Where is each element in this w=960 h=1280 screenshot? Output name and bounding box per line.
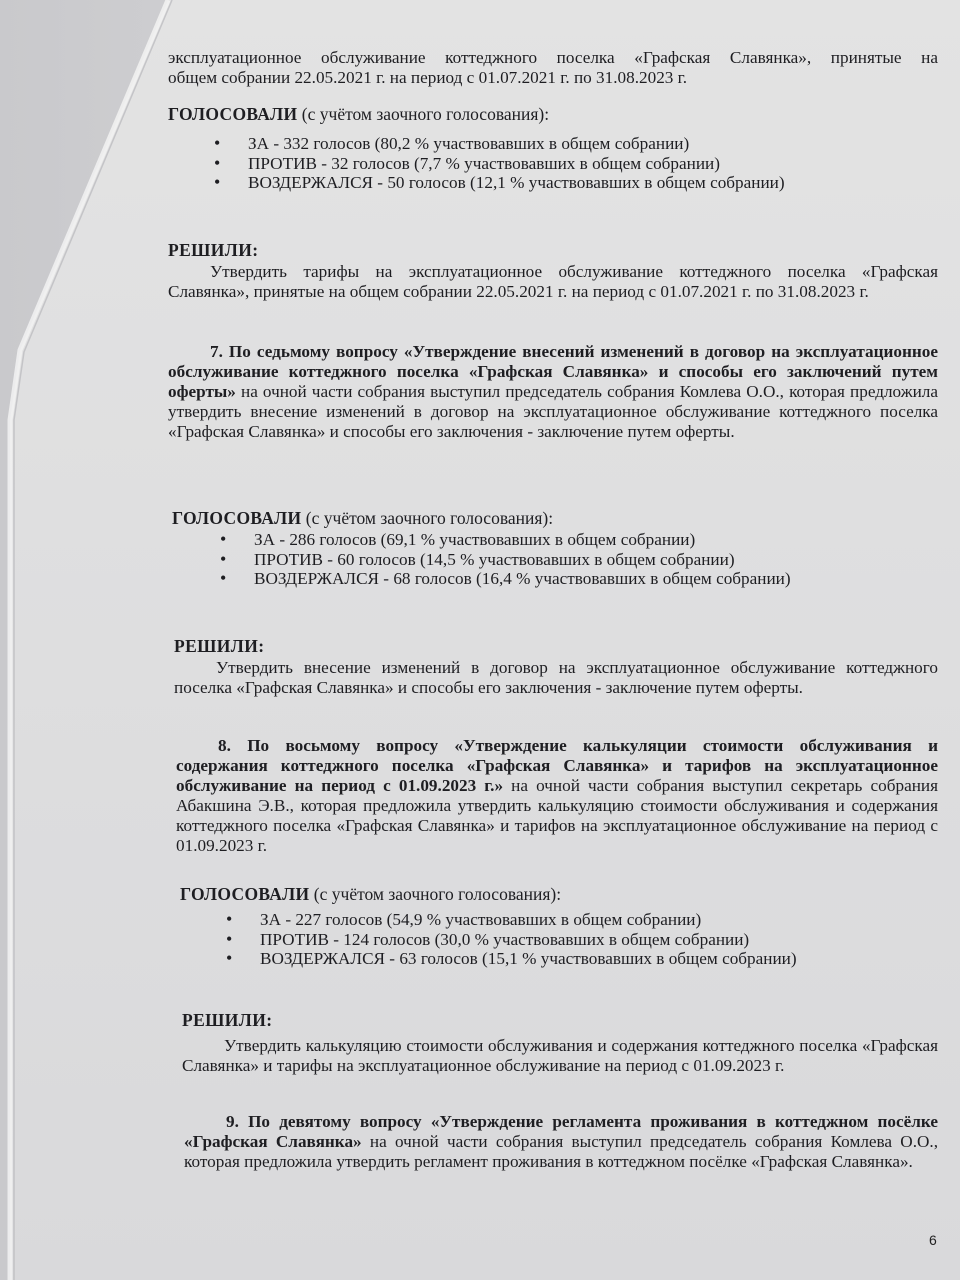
votes-heading-label: ГОЛОСОВАЛИ (172, 508, 301, 528)
decision-heading-q8: РЕШИЛИ: (182, 1010, 272, 1031)
question-7: 7. По седьмому вопросу «Утверждение внес… (168, 342, 938, 442)
vote-against: ПРОТИВ - 124 голосов (30,0 % участвовавш… (226, 930, 797, 950)
votes-heading-q6: ГОЛОСОВАЛИ (с учётом заочного голосовани… (168, 104, 549, 124)
intro-line-2: общем собрании 22.05.2021 г. на период с… (168, 68, 938, 88)
decision-text-q8: Утвердить калькуляцию стоимости обслужив… (182, 1036, 938, 1076)
vote-abstain: ВОЗДЕРЖАЛСЯ - 68 голосов (16,4 % участво… (220, 569, 791, 589)
vote-abstain: ВОЗДЕРЖАЛСЯ - 63 голосов (15,1 % участво… (226, 949, 797, 969)
vote-abstain: ВОЗДЕРЖАЛСЯ - 50 голосов (12,1 % участво… (214, 173, 785, 193)
question-9: 9. По девятому вопросу «Утверждение регл… (184, 1112, 938, 1172)
vote-against: ПРОТИВ - 60 голосов (14,5 % участвовавши… (220, 550, 791, 570)
page-number: 6 (929, 1232, 937, 1248)
question-8: 8. По восьмому вопросу «Утверждение каль… (176, 736, 938, 856)
vote-for: ЗА - 286 голосов (69,1 % участвовавших в… (220, 530, 791, 550)
decision-heading-q6: РЕШИЛИ: (168, 240, 258, 261)
intro-line-1: эксплуатационное обслуживание коттеджног… (168, 48, 938, 68)
decision-heading-q7: РЕШИЛИ: (174, 636, 264, 657)
votes-heading-q7: ГОЛОСОВАЛИ (с учётом заочного голосовани… (172, 508, 553, 528)
votes-heading-label: ГОЛОСОВАЛИ (180, 884, 309, 904)
votes-heading-note: (с учётом заочного голосования): (297, 104, 549, 124)
vote-list-q6: ЗА - 332 голосов (80,2 % участвовавших в… (214, 134, 785, 193)
votes-heading-note: (с учётом заочного голосования): (301, 508, 553, 528)
vote-list-q8: ЗА - 227 голосов (54,9 % участвовавших в… (226, 910, 797, 969)
decision-text-q7: Утвердить внесение изменений в договор н… (174, 658, 938, 698)
vote-for: ЗА - 332 голосов (80,2 % участвовавших в… (214, 134, 785, 154)
page-content: эксплуатационное обслуживание коттеджног… (0, 0, 960, 1280)
decision-text-q6: Утвердить тарифы на эксплуатационное обс… (168, 262, 938, 302)
vote-against: ПРОТИВ - 32 голосов (7,7 % участвовавших… (214, 154, 785, 174)
votes-heading-q8: ГОЛОСОВАЛИ (с учётом заочного голосовани… (180, 884, 561, 904)
question-7-body: на очной части собрания выступил председ… (168, 382, 938, 441)
votes-heading-label: ГОЛОСОВАЛИ (168, 104, 297, 124)
vote-list-q7: ЗА - 286 голосов (69,1 % участвовавших в… (220, 530, 791, 589)
vote-for: ЗА - 227 голосов (54,9 % участвовавших в… (226, 910, 797, 930)
votes-heading-note: (с учётом заочного голосования): (309, 884, 561, 904)
